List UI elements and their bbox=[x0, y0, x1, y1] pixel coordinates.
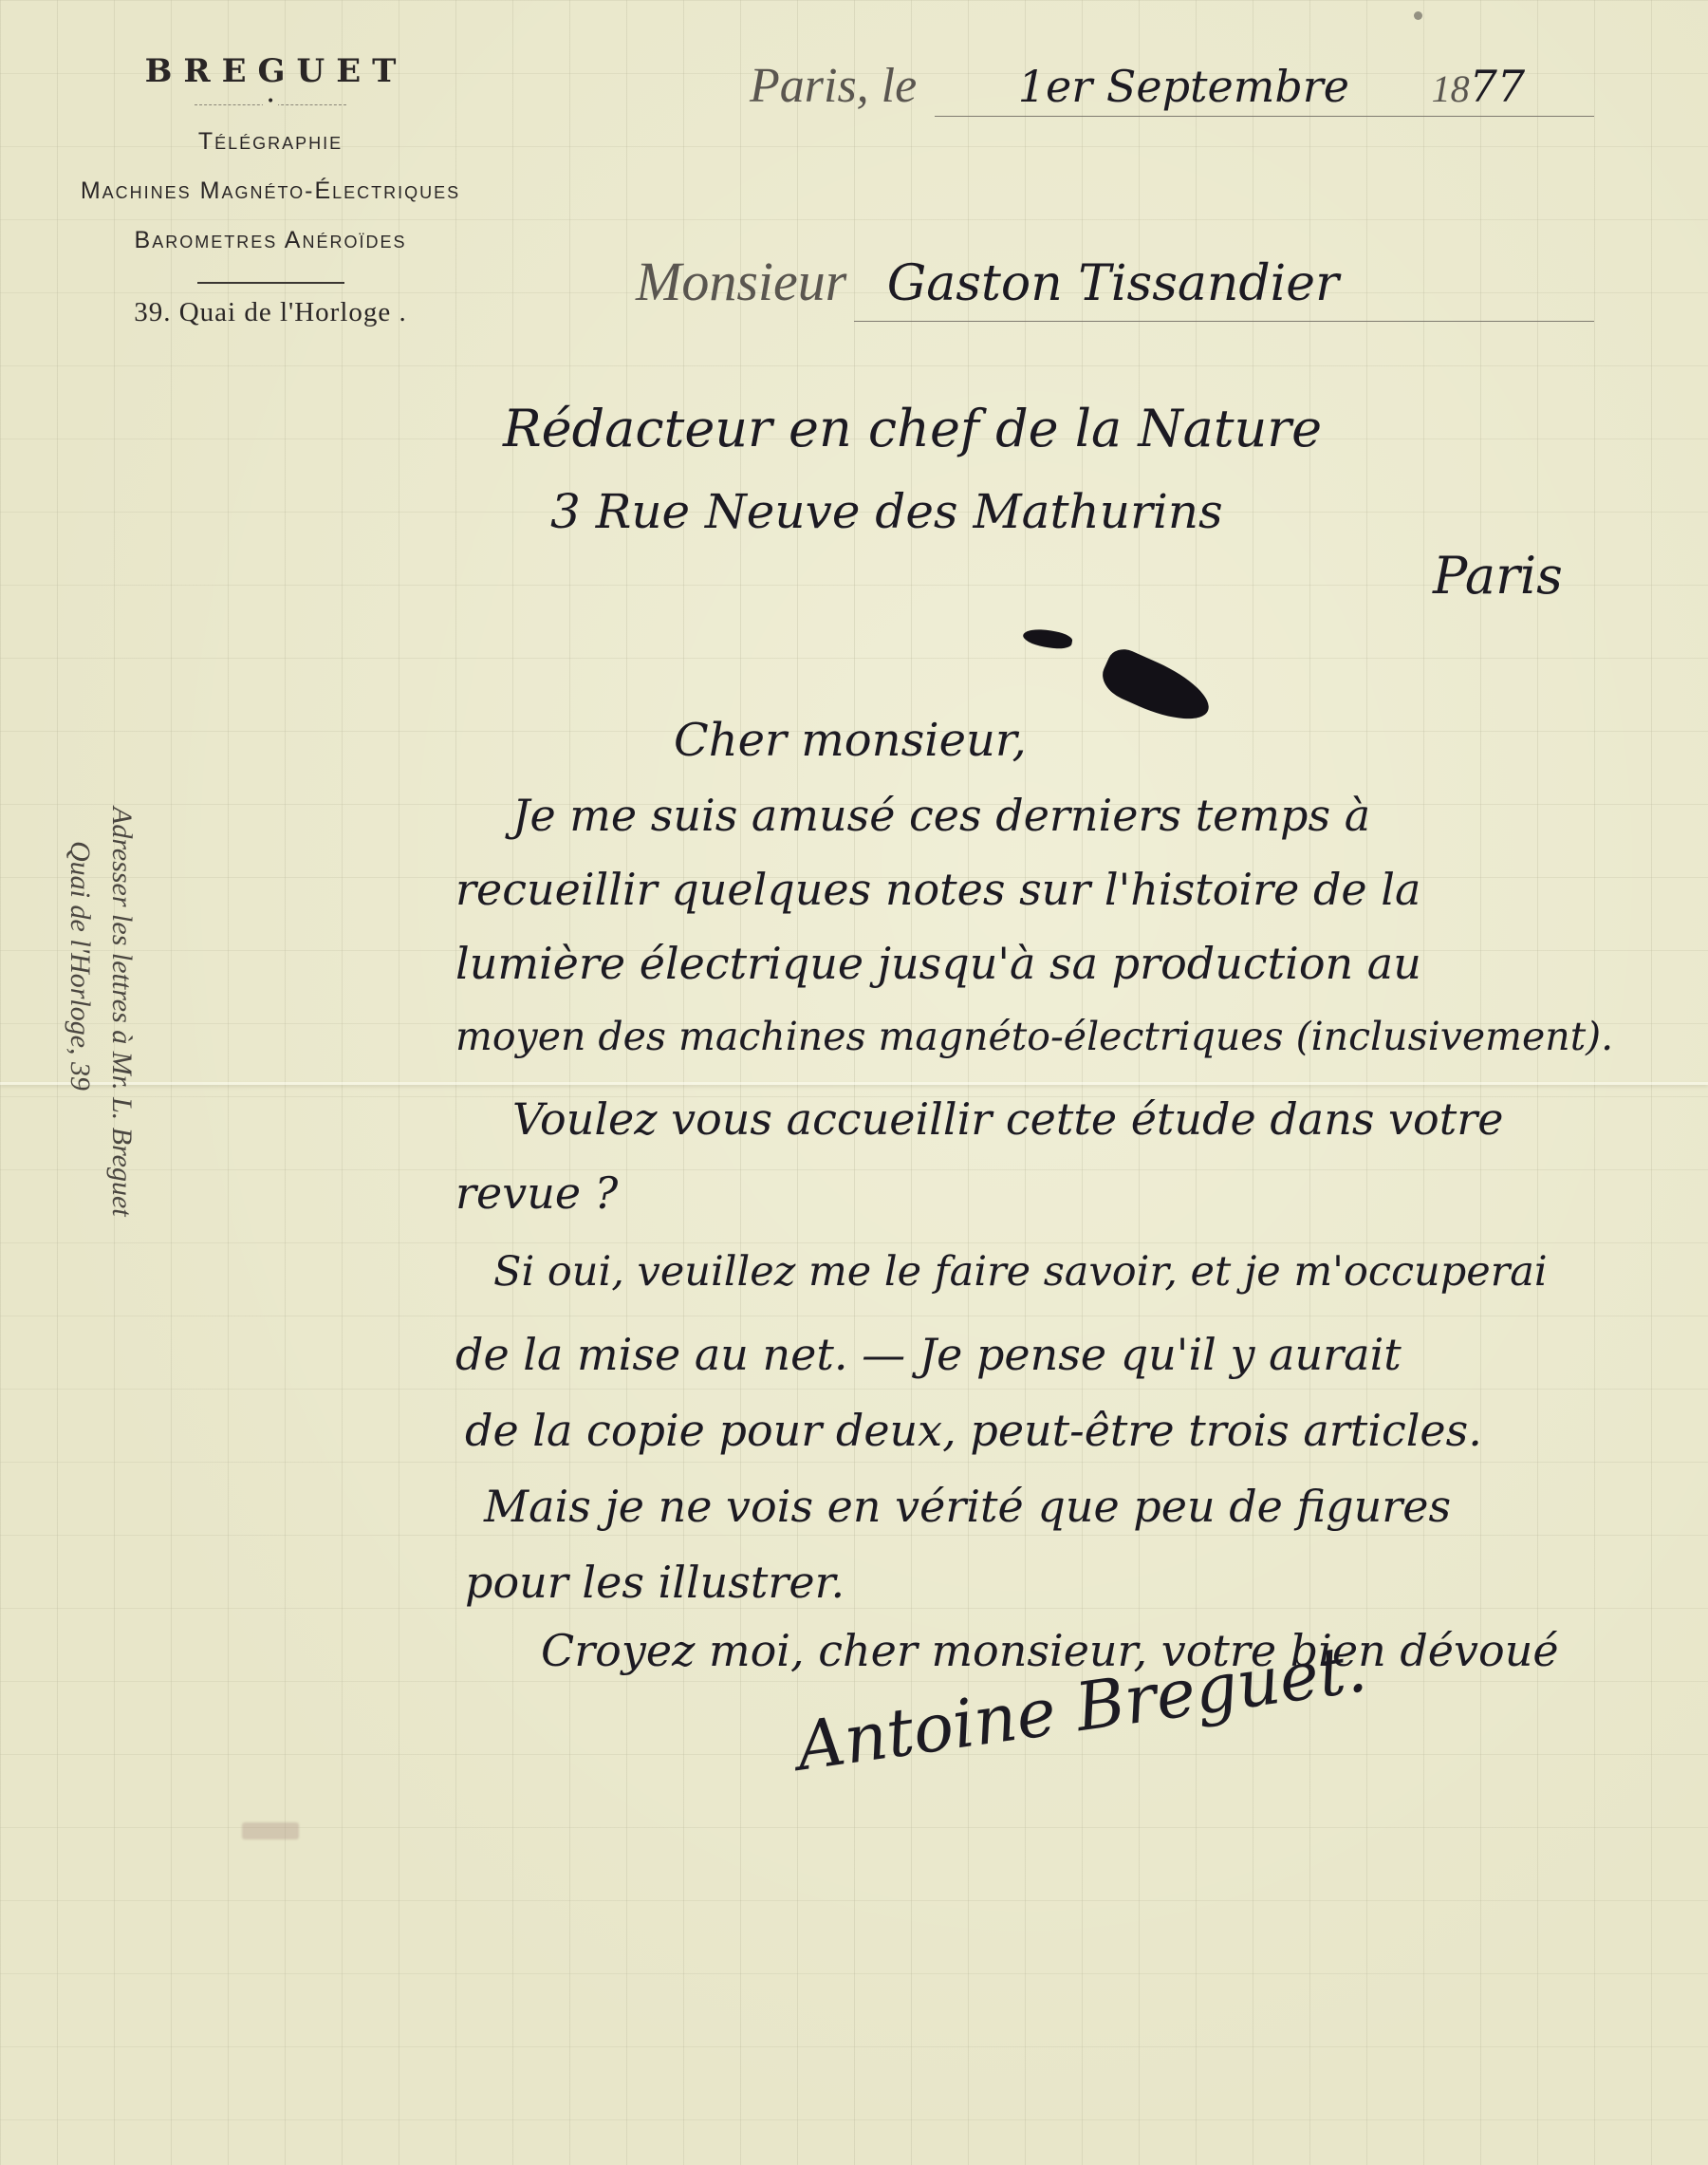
letter-line: Si oui, veuillez me le faire savoir, et … bbox=[493, 1248, 1548, 1296]
ornament-divider bbox=[195, 102, 346, 107]
letter-line: Mais je ne vois en vérité que peu de fig… bbox=[484, 1481, 1451, 1532]
faded-stamp bbox=[242, 1822, 299, 1839]
letterhead-line-machines: Machines Magnéto-Électriques bbox=[38, 166, 503, 215]
letterhead-line-telegraphie: Télégraphie bbox=[38, 117, 503, 166]
recipient-salutation: Monsieur bbox=[636, 251, 846, 312]
letter-line: Croyez moi, cher monsieur, votre bien dé… bbox=[541, 1625, 1559, 1676]
letter-line: de la mise au net. — Je pense qu'il y au… bbox=[455, 1329, 1402, 1380]
fold-crease bbox=[0, 1082, 1708, 1085]
letter-page: BREGUET Télégraphie Machines Magnéto-Éle… bbox=[0, 0, 1708, 2165]
dateline-prefix: Paris, le bbox=[750, 59, 917, 113]
recipient-rule bbox=[854, 321, 1594, 322]
letter-salutation: Cher monsieur, bbox=[674, 714, 1027, 767]
ink-speck bbox=[1414, 11, 1422, 20]
brand-name: BREGUET bbox=[49, 52, 503, 90]
side-note-line-2: Quai de l'Horloge, 39 bbox=[59, 807, 101, 1414]
recipient-title: Rédacteur en chef de la Nature bbox=[503, 399, 1322, 458]
recipient-line: Monsieur Gaston Tissandier bbox=[636, 249, 1339, 313]
side-note: Adresser les lettres à Mr. L. Breguet Qu… bbox=[59, 807, 142, 1414]
letter-line: pour les illustrer. bbox=[465, 1557, 845, 1608]
recipient-city: Paris bbox=[1433, 546, 1563, 606]
ink-blot-large bbox=[1096, 644, 1217, 733]
letter-line: revue ? bbox=[455, 1167, 618, 1219]
ink-blot-small bbox=[1022, 626, 1073, 652]
letter-line: recueillir quelques notes sur l'histoire… bbox=[455, 864, 1420, 915]
dateline: Paris, le 1er Septembre 1877 bbox=[750, 57, 1525, 114]
letterhead-line-barometres: Barometres Anéroïdes bbox=[38, 215, 503, 265]
letter-line: de la copie pour deux, peut-être trois a… bbox=[465, 1405, 1482, 1456]
letterhead-divider bbox=[197, 282, 344, 284]
letter-line: Voulez vous accueillir cette étude dans … bbox=[512, 1093, 1503, 1145]
dateline-year-prefix: 18 bbox=[1432, 67, 1470, 110]
recipient-street: 3 Rue Neuve des Mathurins bbox=[550, 484, 1223, 539]
letterhead-address: 39. Quai de l'Horloge . bbox=[38, 297, 503, 328]
side-note-line-1: Adresser les lettres à Mr. L. Breguet bbox=[101, 807, 142, 1414]
dateline-rule bbox=[935, 116, 1594, 117]
letter-line: lumière électrique jusqu'à sa production… bbox=[455, 938, 1421, 989]
letter-line: Je me suis amusé ces derniers temps à bbox=[512, 790, 1370, 841]
letterhead: BREGUET Télégraphie Machines Magnéto-Éle… bbox=[38, 52, 503, 328]
dateline-date: 1er Septembre bbox=[1018, 61, 1349, 112]
dateline-year-suffix: 77 bbox=[1470, 61, 1526, 112]
letter-line: moyen des machines magnéto-électriques (… bbox=[455, 1014, 1613, 1059]
recipient-name: Gaston Tissandier bbox=[887, 255, 1339, 312]
